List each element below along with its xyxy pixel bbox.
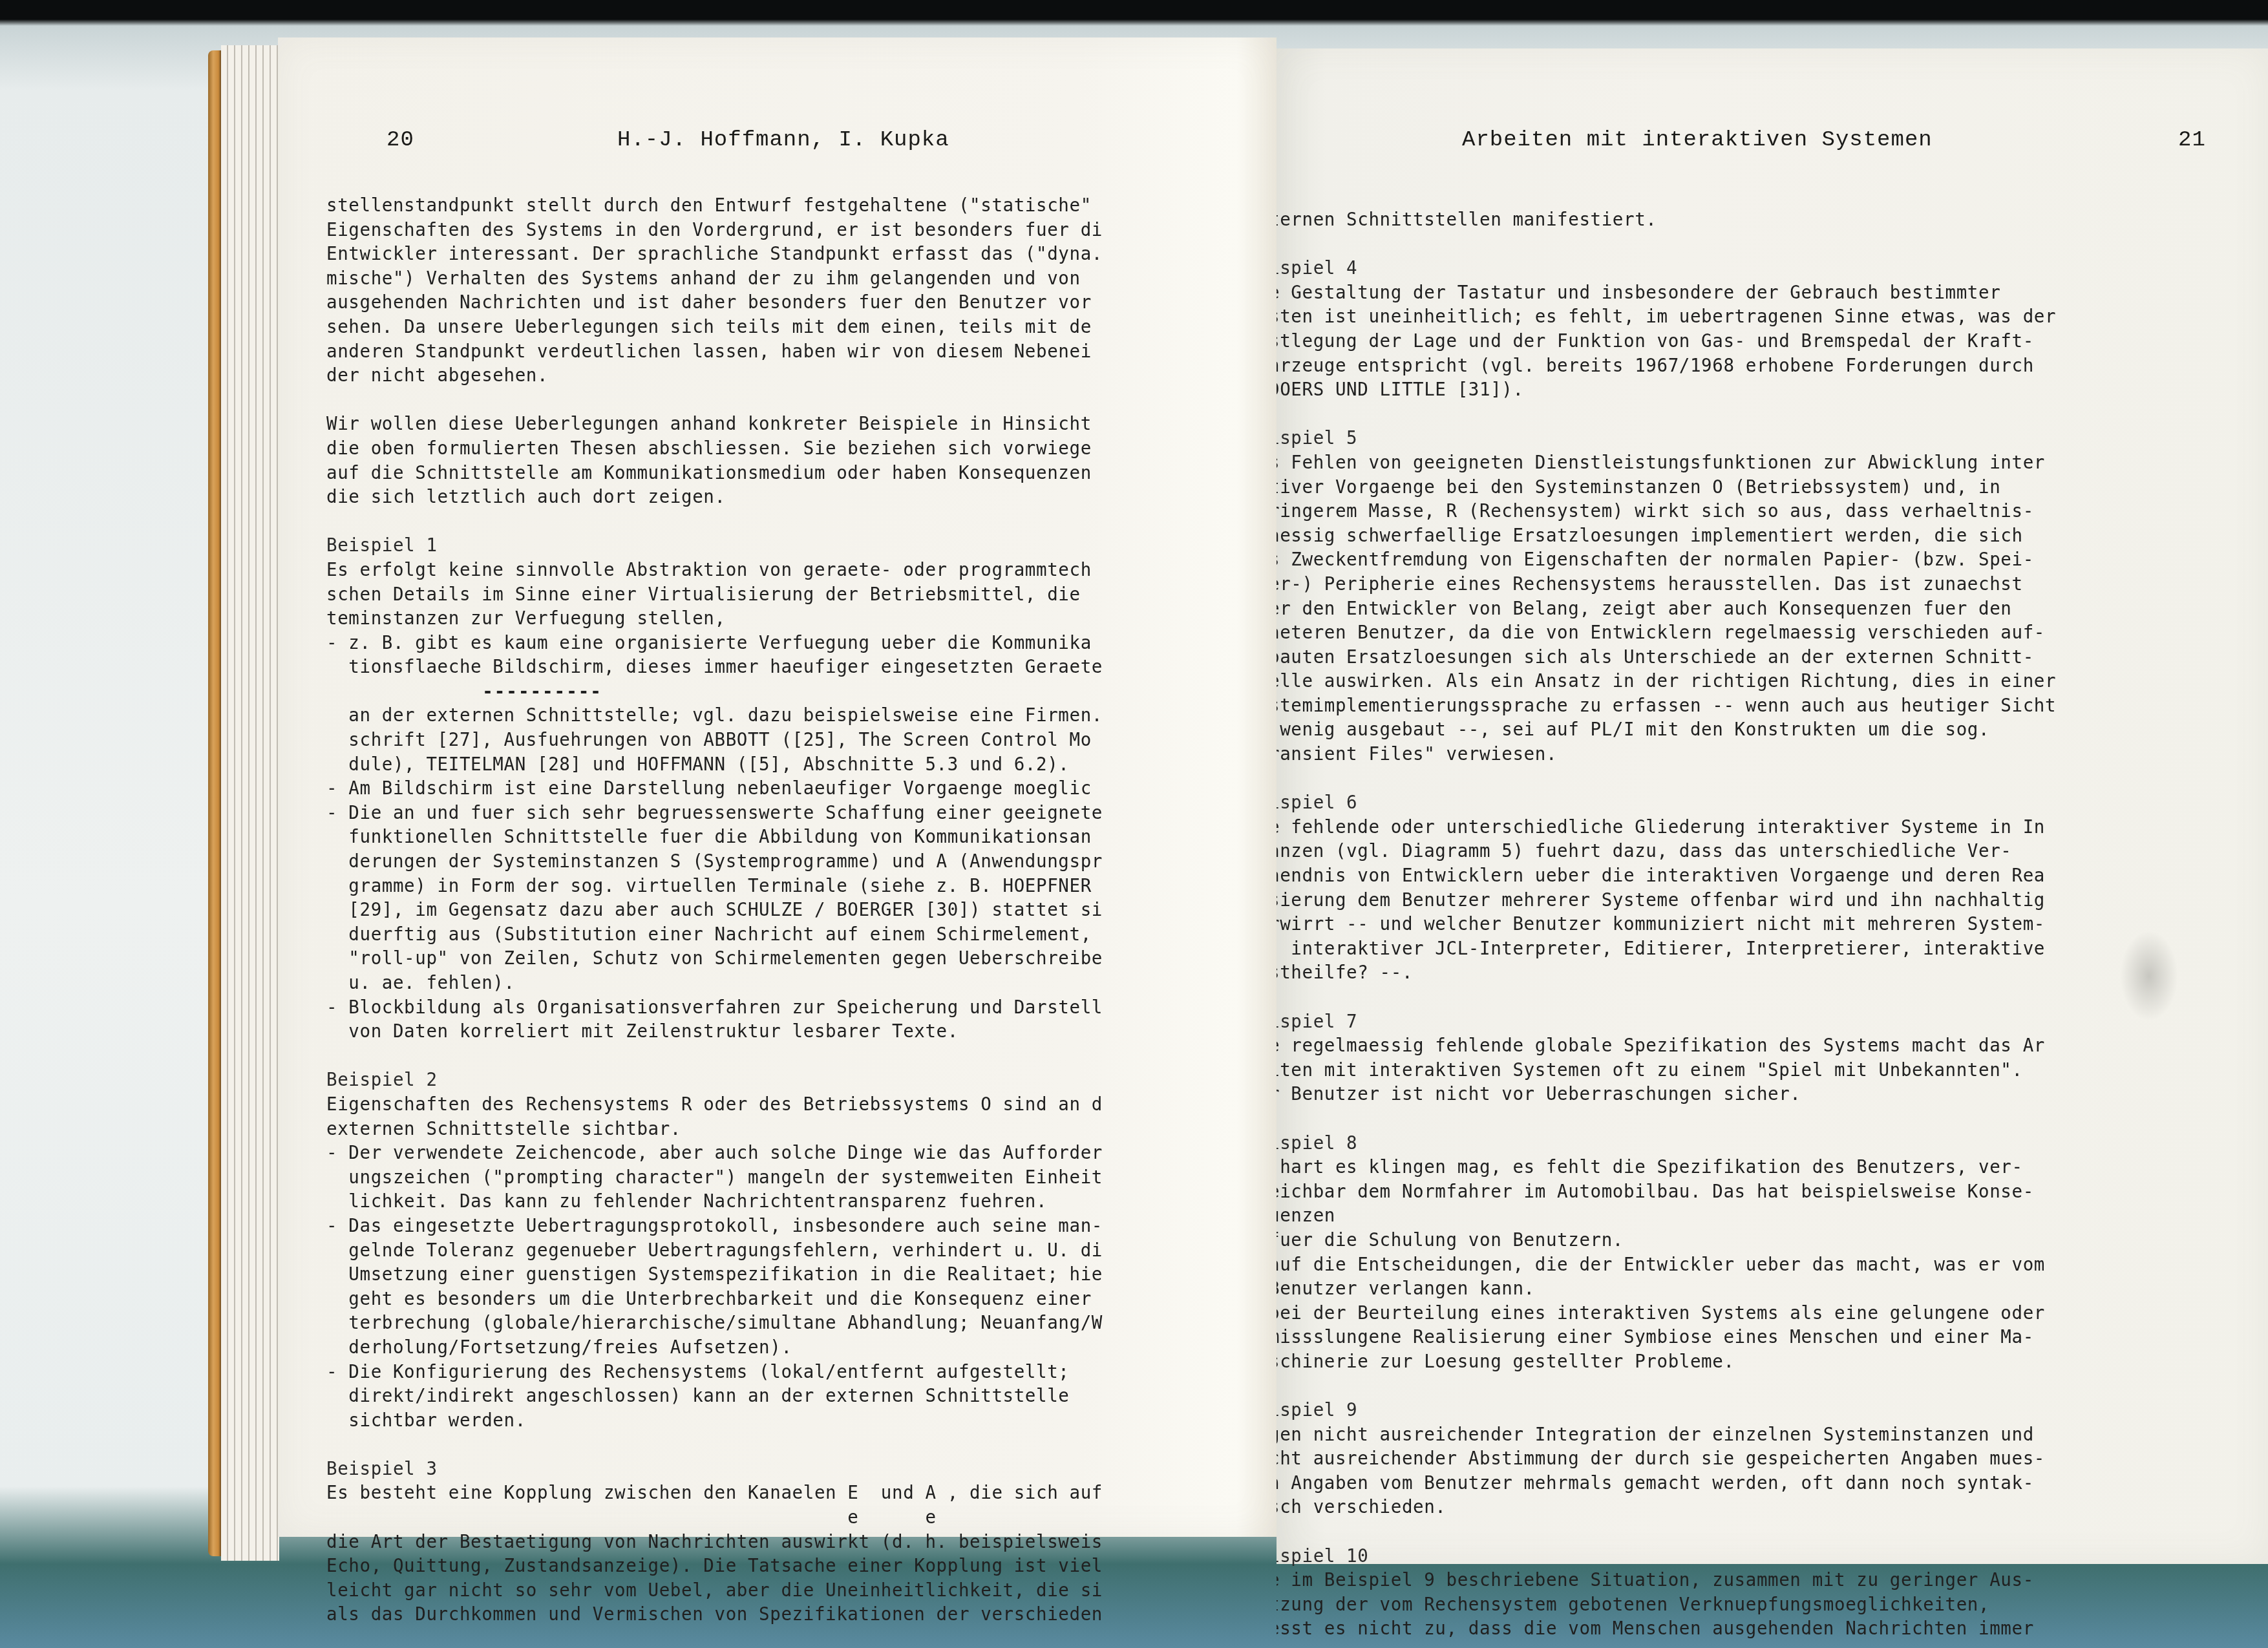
example-heading: ispiel 7 bbox=[1277, 1010, 2268, 1035]
text-line: - Das eingesetzte Uebertragungsprotokoll… bbox=[326, 1214, 1277, 1239]
text-line: e im Beispiel 9 beschriebene Situation, … bbox=[1277, 1569, 2268, 1593]
example-heading: ispiel 5 bbox=[1277, 427, 2268, 451]
text-line: die sich letztlich auch dort zeigen. bbox=[326, 485, 1277, 510]
text-line: Eigenschaften des Rechensystems R oder d… bbox=[326, 1093, 1277, 1117]
text-line: terbrechung (globale/hierarchische/simul… bbox=[326, 1311, 1277, 1336]
text-line bbox=[326, 1044, 1277, 1069]
text-line: r Benutzer ist nicht vor Ueberraschungen… bbox=[1277, 1083, 2268, 1107]
text-line: ungszeichen ("prompting character") mang… bbox=[326, 1166, 1277, 1190]
text-line bbox=[1277, 1375, 2268, 1399]
text-line: bei der Beurteilung eines interaktiven S… bbox=[1277, 1302, 2268, 1326]
text-line: Echo, Quittung, Zustandsanzeige). Die Ta… bbox=[326, 1554, 1277, 1579]
text-line: tionsflaeche Bildschirm, dieses immer ha… bbox=[326, 655, 1277, 680]
text-line: e regelmaessig fehlende globale Spezifik… bbox=[1277, 1034, 2268, 1059]
text-line: schinerie zur Loesung gestellter Problem… bbox=[1277, 1350, 2268, 1375]
text-line: lichkeit. Das kann zu fehlender Nachrich… bbox=[326, 1190, 1277, 1214]
text-line: - Der verwendete Zeichencode, aber auch … bbox=[326, 1141, 1277, 1166]
text-line: von Daten korreliert mit Zeilenstruktur … bbox=[326, 1020, 1277, 1044]
text-line: - Am Bildschirm ist eine Darstellung neb… bbox=[326, 777, 1277, 801]
text-line: dule), TEITELMAN [28] und HOFFMANN ([5],… bbox=[326, 753, 1277, 777]
text-line bbox=[1277, 1107, 2268, 1132]
text-line: ternen Schnittstellen manifestiert. bbox=[1277, 208, 2268, 233]
page-stack-edges bbox=[221, 45, 279, 1561]
text-line bbox=[1277, 233, 2268, 257]
text-line: aendnis von Entwicklern ueber die intera… bbox=[1277, 864, 2268, 889]
text-line: Entwickler interessant. Der sprachliche … bbox=[326, 242, 1277, 267]
text-line: n Angaben vom Benutzer mehrmals gemacht … bbox=[1277, 1472, 2268, 1496]
text-line: uenzen bbox=[1277, 1204, 2268, 1229]
text-line: sierung dem Benutzer mehrerer Systeme of… bbox=[1277, 889, 2268, 913]
text-line: DOERS UND LITTLE [31]). bbox=[1277, 378, 2268, 403]
text-line: ---------- bbox=[326, 680, 1277, 704]
text-line: anderen Standpunkt verdeutlichen lassen,… bbox=[326, 340, 1277, 364]
text-line: cht ausreichender Abstimmung der durch s… bbox=[1277, 1447, 2268, 1472]
text-line: teminstanzen zur Verfuegung stellen, bbox=[326, 607, 1277, 631]
text-line: gelnde Toleranz gegenueber Uebertragungs… bbox=[326, 1239, 1277, 1263]
text-line: tiver Vorgaenge bei den Systeminstanzen … bbox=[1277, 476, 2268, 500]
text-line: hart es klingen mag, es fehlt die Spezif… bbox=[1277, 1156, 2268, 1180]
text-line: externen Schnittstelle sichtbar. bbox=[326, 1117, 1277, 1142]
example-heading: Beispiel 2 bbox=[326, 1068, 1277, 1093]
text-line: mische") Verhalten des Systems anhand de… bbox=[326, 267, 1277, 291]
book-cover-edge bbox=[208, 50, 221, 1556]
text-line: stheilfe? --. bbox=[1277, 961, 2268, 986]
right-page-clip: ternen Schnittstellen manifestiert.ispie… bbox=[1277, 0, 2268, 1648]
text-line: auf die Entscheidungen, die der Entwickl… bbox=[1277, 1253, 2268, 1278]
text-line: sichtbar werden. bbox=[326, 1409, 1277, 1433]
example-heading: Beispiel 1 bbox=[326, 534, 1277, 558]
text-line: Umsetzung einer guenstigen Systemspezifi… bbox=[326, 1263, 1277, 1287]
text-line: hrzeuge entspricht (vgl. bereits 1967/19… bbox=[1277, 354, 2268, 379]
text-line bbox=[1277, 403, 2268, 427]
text-line: e fehlende oder unterschiedliche Glieder… bbox=[1277, 816, 2268, 840]
text-line: funktionellen Schnittstelle fuer die Abb… bbox=[326, 825, 1277, 850]
text-line: gramme) in Form der sog. virtuellen Term… bbox=[326, 874, 1277, 899]
text-line: er den Entwickler von Belang, zeigt aber… bbox=[1277, 597, 2268, 622]
text-line: [29], im Gegensatz dazu aber auch SCHULZ… bbox=[326, 898, 1277, 923]
text-line: sch verschieden. bbox=[1277, 1495, 2268, 1520]
text-line: Es erfolgt keine sinnvolle Abstraktion v… bbox=[326, 558, 1277, 583]
text-line: esst es nicht zu, dass die vom Menschen … bbox=[1277, 1617, 2268, 1642]
text-line: direkt/indirekt angeschlossen) kann an d… bbox=[326, 1384, 1277, 1409]
text-line: s Fehlen von geeigneten Dienstleistungsf… bbox=[1277, 451, 2268, 476]
left-page-number: 20 bbox=[387, 128, 414, 153]
text-line: stemimplementierungssprache zu erfassen … bbox=[1277, 694, 2268, 719]
text-line bbox=[326, 1433, 1277, 1457]
text-line: "roll-up" von Zeilen, Schutz von Schirme… bbox=[326, 947, 1277, 971]
text-line: aeteren Benutzer, da die von Entwicklern… bbox=[1277, 621, 2268, 646]
text-line: tzung der vom Rechensystem gebotenen Ver… bbox=[1277, 1593, 2268, 1618]
text-line bbox=[326, 510, 1277, 534]
text-line: derholung/Fortsetzung/freies Aufsetzen). bbox=[326, 1336, 1277, 1360]
text-line bbox=[1277, 1520, 2268, 1545]
text-line: der nicht abgesehen. bbox=[326, 364, 1277, 388]
text-line: anzen (vgl. Diagramm 5) fuehrt dazu, das… bbox=[1277, 840, 2268, 864]
text-line bbox=[1277, 767, 2268, 792]
text-line: stellenstandpunkt stellt durch den Entwu… bbox=[326, 194, 1277, 218]
text-line: schen Details im Sinne einer Virtualisie… bbox=[326, 583, 1277, 607]
text-line: ransient Files" verwiesen. bbox=[1277, 743, 2268, 767]
text-line: die Art der Bestaetigung von Nachrichten… bbox=[326, 1530, 1277, 1555]
text-line: die oben formulierten Thesen abschliesse… bbox=[326, 437, 1277, 461]
text-line: ringerem Masse, R (Rechensystem) wirkt s… bbox=[1277, 500, 2268, 524]
example-heading: ispiel 4 bbox=[1277, 257, 2268, 281]
text-line: - Blockbildung als Organisationsverfahre… bbox=[326, 996, 1277, 1020]
text-line: derungen der Systeminstanzen S (Systempr… bbox=[326, 850, 1277, 874]
text-line: fuer die Schulung von Benutzern. bbox=[1277, 1229, 2268, 1253]
text-line: aessig schwerfaellige Ersatzloesungen im… bbox=[1277, 524, 2268, 549]
text-line: s Zweckentfremdung von Eigenschaften der… bbox=[1277, 548, 2268, 573]
text-line bbox=[1277, 986, 2268, 1010]
text-line: auf die Schnittstelle am Kommunikationsm… bbox=[326, 461, 1277, 486]
example-heading: ispiel 9 bbox=[1277, 1399, 2268, 1423]
text-line: - z. B. gibt es kaum eine organisierte V… bbox=[326, 631, 1277, 656]
text-line: er-) Peripherie eines Rechensystems hera… bbox=[1277, 573, 2268, 597]
text-line: e Gestaltung der Tastatur und insbesonde… bbox=[1277, 281, 2268, 306]
text-line: als das Durchkommen und Vermischen von S… bbox=[326, 1603, 1277, 1627]
text-line: schrift [27], Ausfuehrungen von ABBOTT (… bbox=[326, 728, 1277, 753]
text-line: e e bbox=[326, 1506, 1277, 1530]
text-line: wenig ausgebaut --, sei auf PL/I mit den… bbox=[1277, 718, 2268, 743]
example-heading: ispiel 6 bbox=[1277, 791, 2268, 816]
right-page-body: ternen Schnittstellen manifestiert.ispie… bbox=[1277, 208, 2268, 1642]
text-line: an der externen Schnittstelle; vgl. dazu… bbox=[326, 704, 1277, 728]
text-line: sehen. Da unsere Ueberlegungen sich teil… bbox=[326, 315, 1277, 340]
text-line: duerftig aus (Substitution einer Nachric… bbox=[326, 923, 1277, 947]
text-line: iten mit interaktiven Systemen oft zu ei… bbox=[1277, 1059, 2268, 1083]
text-line: bauten Ersatzloesungen sich als Untersch… bbox=[1277, 646, 2268, 670]
left-running-header: H.-J. Hoffmann, I. Kupka bbox=[617, 128, 949, 153]
example-heading: Beispiel 3 bbox=[326, 1457, 1277, 1482]
example-heading: ispiel 10 bbox=[1277, 1545, 2268, 1569]
text-line: u. ae. fehlen). bbox=[326, 971, 1277, 996]
left-page-body: stellenstandpunkt stellt durch den Entwu… bbox=[326, 194, 1277, 1627]
text-line: rwirrt -- und welcher Benutzer kommunizi… bbox=[1277, 913, 2268, 937]
text-line: geht es besonders um die Unterbrechbarke… bbox=[326, 1287, 1277, 1312]
text-line: ausgehenden Nachrichten und ist daher be… bbox=[326, 291, 1277, 315]
text-line: leicht gar nicht so sehr vom Uebel, aber… bbox=[326, 1579, 1277, 1603]
text-line: gen nicht ausreichender Integration der … bbox=[1277, 1423, 2268, 1448]
text-line: Benutzer verlangen kann. bbox=[1277, 1277, 2268, 1302]
text-line: elle auswirken. Als ein Ansatz in der ri… bbox=[1277, 670, 2268, 694]
text-line: eichbar dem Normfahrer im Automobilbau. … bbox=[1277, 1180, 2268, 1205]
text-line: sten ist uneinheitlich; es fehlt, im ueb… bbox=[1277, 305, 2268, 330]
text-line: Eigenschaften des Systems in den Vorderg… bbox=[326, 218, 1277, 243]
text-line: ; interaktiver JCL-Interpreter, Editiere… bbox=[1277, 937, 2268, 962]
example-heading: ispiel 8 bbox=[1277, 1132, 2268, 1156]
text-line: - Die Konfigurierung des Rechensystems (… bbox=[326, 1360, 1277, 1385]
text-line: - Die an und fuer sich sehr begruessensw… bbox=[326, 801, 1277, 826]
text-line: stlegung der Lage und der Funktion von G… bbox=[1277, 330, 2268, 354]
text-line: Wir wollen diese Ueberlegungen anhand ko… bbox=[326, 412, 1277, 437]
text-line: missslungene Realisierung einer Symbiose… bbox=[1277, 1326, 2268, 1350]
text-line bbox=[326, 388, 1277, 413]
text-line: Es besteht eine Kopplung zwischen den Ka… bbox=[326, 1481, 1277, 1506]
